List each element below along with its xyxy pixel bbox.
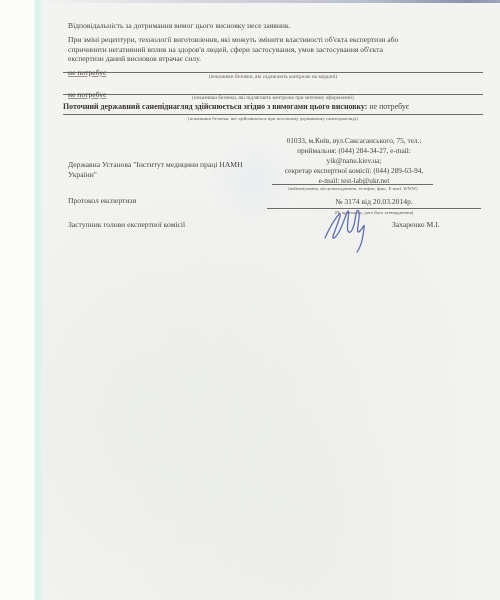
surveillance-field: Поточний державний санепіднагляд здійсню…	[63, 102, 483, 115]
scanned-document: Відповідальність за дотримання вимог цьо…	[0, 0, 500, 600]
handwritten-signature	[315, 202, 381, 254]
institution-address-block: 01033, м.Київ, вул.Саксаганського, 75, т…	[268, 136, 440, 186]
institution-name: Державна Установа "Інститут медицини пра…	[68, 160, 248, 179]
surveillance-label: Поточний державний санепіднагляд здійсню…	[63, 102, 367, 111]
border-control-field: не потребує	[63, 62, 483, 73]
protocol-label: Протокол експертизи	[68, 196, 137, 206]
invalidation-paragraph: При зміні рецептури, технології виготовл…	[68, 35, 420, 64]
responsibility-line: Відповідальність за дотримання вимог цьо…	[68, 21, 291, 31]
surveillance-caption: (показники безпеки, які здійснюються при…	[63, 116, 483, 122]
address-line: секретар експертної комісії: (044) 289-6…	[268, 166, 440, 176]
signatory-name: Захаренко М.І.	[392, 220, 440, 229]
address-caption: (найменування, місцезнаходження, телефон…	[263, 186, 443, 192]
address-line: yik@nanu.kiev.ua;	[268, 156, 440, 166]
address-line: 01033, м.Київ, вул.Саксаганського, 75, т…	[268, 136, 440, 146]
address-underline	[272, 184, 433, 185]
border-control-caption: (показники безпеки, які підлягають контр…	[63, 75, 483, 81]
scan-edge-strip	[34, 0, 42, 600]
address-line: приймальня: (044) 284-34-27, e-mail:	[268, 146, 440, 156]
customs-control-field: не потребує	[63, 84, 483, 95]
signatory-title: Заступник голови експертної комісії	[68, 220, 185, 230]
scan-top-edge-shadow	[42, 0, 500, 3]
scanner-left-margin	[0, 0, 34, 600]
surveillance-value: не потребує	[367, 102, 409, 111]
